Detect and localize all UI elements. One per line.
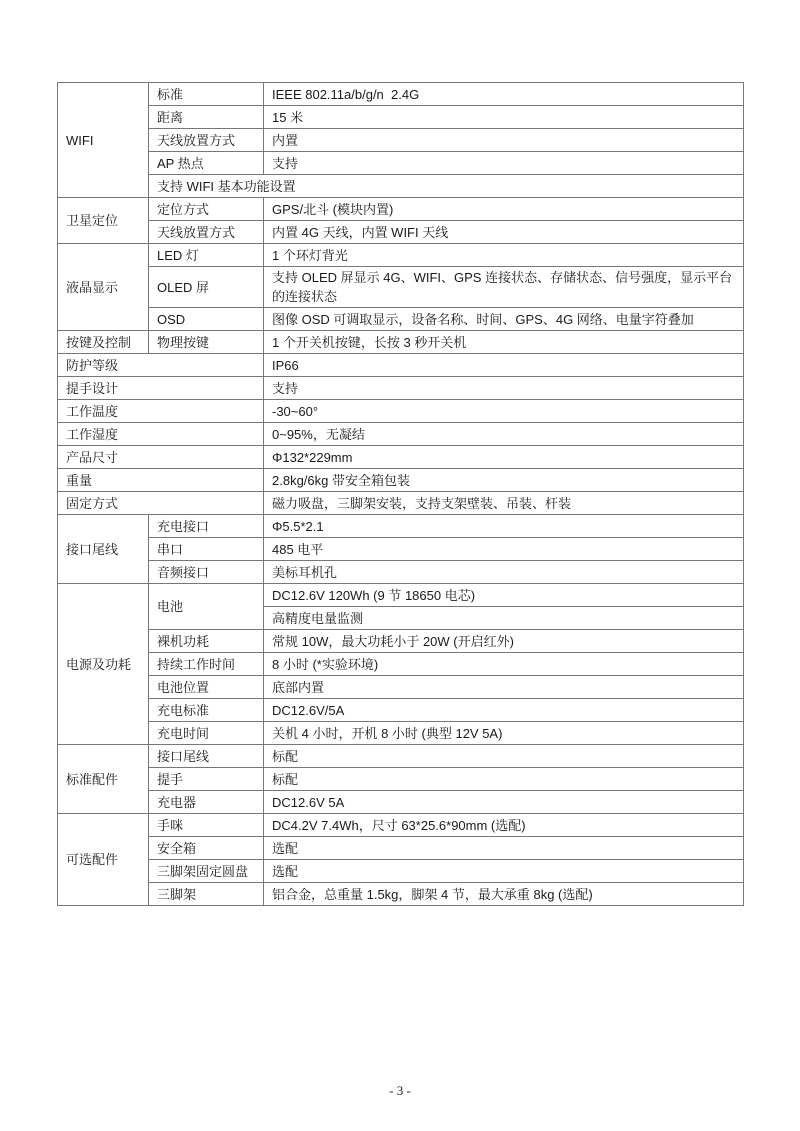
spec-value-cell: 高精度电量监测 xyxy=(264,607,744,630)
category-cell: 产品尺寸 xyxy=(58,446,264,469)
table-row: 标准配件接口尾线标配 xyxy=(58,745,744,768)
spec-value-cell: 支持 xyxy=(264,152,744,175)
spec-name-cell: 充电时间 xyxy=(149,722,264,745)
category-cell: 液晶显示 xyxy=(58,244,149,331)
spec-value-cell: 0~95%，无凝结 xyxy=(264,423,744,446)
table-row: 按键及控制物理按键1 个开关机按键，长按 3 秒开关机 xyxy=(58,331,744,354)
spec-name-cell: 安全箱 xyxy=(149,837,264,860)
spec-value-cell: 美标耳机孔 xyxy=(264,561,744,584)
table-row: 产品尺寸Φ132*229mm xyxy=(58,446,744,469)
spec-name-cell: 充电接口 xyxy=(149,515,264,538)
spec-table: WIFI标准IEEE 802.11a/b/g/n 2.4G距离15 米天线放置方… xyxy=(57,82,744,906)
spec-value-cell: 常规 10W，最大功耗小于 20W (开启红外) xyxy=(264,630,744,653)
category-cell: 卫星定位 xyxy=(58,198,149,244)
category-cell: 固定方式 xyxy=(58,492,264,515)
spec-value-cell: 标配 xyxy=(264,745,744,768)
document-page: WIFI标准IEEE 802.11a/b/g/n 2.4G距离15 米天线放置方… xyxy=(0,0,800,1131)
spec-value-cell: 磁力吸盘，三脚架安装，支持支架壁装、吊装、杆装 xyxy=(264,492,744,515)
spec-name-cell: 三脚架固定圆盘 xyxy=(149,860,264,883)
table-row: 工作湿度0~95%，无凝结 xyxy=(58,423,744,446)
table-row: OSD图像 OSD 可调取显示，设备名称、时间、GPS、4G 网络、电量字符叠加 xyxy=(58,308,744,331)
spec-name-cell: AP 热点 xyxy=(149,152,264,175)
spec-value-cell: 标配 xyxy=(264,768,744,791)
table-row: 重量2.8kg/6kg 带安全箱包装 xyxy=(58,469,744,492)
category-cell: 提手设计 xyxy=(58,377,264,400)
spec-value-cell: Φ132*229mm xyxy=(264,446,744,469)
spec-value-cell: 关机 4 小时，开机 8 小时 (典型 12V 5A) xyxy=(264,722,744,745)
category-cell: 重量 xyxy=(58,469,264,492)
spec-value-cell: DC12.6V/5A xyxy=(264,699,744,722)
table-row: 持续工作时间8 小时 (*实验环境) xyxy=(58,653,744,676)
table-row: 天线放置方式内置 xyxy=(58,129,744,152)
page-number: - 3 - xyxy=(0,1083,800,1099)
spec-value-cell: 内置 4G 天线，内置 WIFI 天线 xyxy=(264,221,744,244)
table-row: 裸机功耗常规 10W，最大功耗小于 20W (开启红外) xyxy=(58,630,744,653)
category-cell: 工作温度 xyxy=(58,400,264,423)
table-row: 防护等级IP66 xyxy=(58,354,744,377)
spec-value-cell: GPS/北斗 (模块内置) xyxy=(264,198,744,221)
spec-name-cell: 充电标准 xyxy=(149,699,264,722)
spec-value-cell: 1 个环灯背光 xyxy=(264,244,744,267)
spec-value-cell: 底部内置 xyxy=(264,676,744,699)
spec-value-cell: 1 个开关机按键，长按 3 秒开关机 xyxy=(264,331,744,354)
spec-name-cell: 裸机功耗 xyxy=(149,630,264,653)
spec-value-cell: 485 电平 xyxy=(264,538,744,561)
category-cell: 标准配件 xyxy=(58,745,149,814)
category-cell: 电源及功耗 xyxy=(58,584,149,745)
spec-name-cell: 定位方式 xyxy=(149,198,264,221)
spec-name-cell: 天线放置方式 xyxy=(149,129,264,152)
spec-value-cell: 8 小时 (*实验环境) xyxy=(264,653,744,676)
spec-name-cell: 提手 xyxy=(149,768,264,791)
table-row: 支持 WIFI 基本功能设置 xyxy=(58,175,744,198)
spec-name-cell: 接口尾线 xyxy=(149,745,264,768)
spec-value-cell: DC12.6V 5A xyxy=(264,791,744,814)
spec-name-cell: 持续工作时间 xyxy=(149,653,264,676)
table-row: 安全箱选配 xyxy=(58,837,744,860)
table-row: 三脚架固定圆盘选配 xyxy=(58,860,744,883)
category-cell: 工作湿度 xyxy=(58,423,264,446)
spec-name-cell: 电池 xyxy=(149,584,264,630)
spec-value-cell: DC4.2V 7.4Wh，尺寸 63*25.6*90mm (选配) xyxy=(264,814,744,837)
table-row: 固定方式磁力吸盘，三脚架安装，支持支架壁装、吊装、杆装 xyxy=(58,492,744,515)
spec-value-cell: 选配 xyxy=(264,860,744,883)
table-row: 提手标配 xyxy=(58,768,744,791)
spec-name-cell: 串口 xyxy=(149,538,264,561)
spec-value-cell: Φ5.5*2.1 xyxy=(264,515,744,538)
spec-value-cell: 图像 OSD 可调取显示，设备名称、时间、GPS、4G 网络、电量字符叠加 xyxy=(264,308,744,331)
table-row: 接口尾线充电接口Φ5.5*2.1 xyxy=(58,515,744,538)
spec-name-cell: 三脚架 xyxy=(149,883,264,906)
spec-value-cell: IP66 xyxy=(264,354,744,377)
table-row: 电池位置底部内置 xyxy=(58,676,744,699)
table-row: 天线放置方式内置 4G 天线，内置 WIFI 天线 xyxy=(58,221,744,244)
category-cell: 接口尾线 xyxy=(58,515,149,584)
spec-name-cell: 标准 xyxy=(149,83,264,106)
spec-name-cell: 距离 xyxy=(149,106,264,129)
table-row: 充电时间关机 4 小时，开机 8 小时 (典型 12V 5A) xyxy=(58,722,744,745)
category-cell: 按键及控制 xyxy=(58,331,149,354)
spec-name-cell: 电池位置 xyxy=(149,676,264,699)
table-row: 充电标准DC12.6V/5A xyxy=(58,699,744,722)
spec-value-cell: 15 米 xyxy=(264,106,744,129)
spec-name-cell: 物理按键 xyxy=(149,331,264,354)
spec-name-cell: LED 灯 xyxy=(149,244,264,267)
table-row: 卫星定位定位方式GPS/北斗 (模块内置) xyxy=(58,198,744,221)
table-row: 工作温度-30~60° xyxy=(58,400,744,423)
table-row: 距离15 米 xyxy=(58,106,744,129)
table-row: AP 热点支持 xyxy=(58,152,744,175)
spec-name-cell: 充电器 xyxy=(149,791,264,814)
category-cell: WIFI xyxy=(58,83,149,198)
spec-name-cell: 手咪 xyxy=(149,814,264,837)
spec-name-cell: 天线放置方式 xyxy=(149,221,264,244)
table-row: 可选配件手咪DC4.2V 7.4Wh，尺寸 63*25.6*90mm (选配) xyxy=(58,814,744,837)
table-row: 提手设计支持 xyxy=(58,377,744,400)
spec-value-cell: -30~60° xyxy=(264,400,744,423)
spec-value-cell: 支持 xyxy=(264,377,744,400)
spec-value-cell: 铝合金，总重量 1.5kg，脚架 4 节，最大承重 8kg (选配) xyxy=(264,883,744,906)
spec-value-cell: 选配 xyxy=(264,837,744,860)
table-row: 液晶显示LED 灯1 个环灯背光 xyxy=(58,244,744,267)
spec-value-cell: 2.8kg/6kg 带安全箱包装 xyxy=(264,469,744,492)
spec-value-cell: 支持 OLED 屏显示 4G、WIFI、GPS 连接状态、存储状态、信号强度，显… xyxy=(264,267,744,308)
spec-name-cell: 音频接口 xyxy=(149,561,264,584)
spec-name-cell: OSD xyxy=(149,308,264,331)
table-row: OLED 屏支持 OLED 屏显示 4G、WIFI、GPS 连接状态、存储状态、… xyxy=(58,267,744,308)
table-row: 三脚架铝合金，总重量 1.5kg，脚架 4 节，最大承重 8kg (选配) xyxy=(58,883,744,906)
spec-name-cell: 支持 WIFI 基本功能设置 xyxy=(149,175,744,198)
table-row: WIFI标准IEEE 802.11a/b/g/n 2.4G xyxy=(58,83,744,106)
spec-value-cell: 内置 xyxy=(264,129,744,152)
table-row: 串口485 电平 xyxy=(58,538,744,561)
table-row: 电源及功耗电池DC12.6V 120Wh (9 节 18650 电芯) xyxy=(58,584,744,607)
category-cell: 可选配件 xyxy=(58,814,149,906)
table-row: 音频接口美标耳机孔 xyxy=(58,561,744,584)
spec-value-cell: IEEE 802.11a/b/g/n 2.4G xyxy=(264,83,744,106)
category-cell: 防护等级 xyxy=(58,354,264,377)
table-row: 充电器DC12.6V 5A xyxy=(58,791,744,814)
spec-name-cell: OLED 屏 xyxy=(149,267,264,308)
spec-value-cell: DC12.6V 120Wh (9 节 18650 电芯) xyxy=(264,584,744,607)
